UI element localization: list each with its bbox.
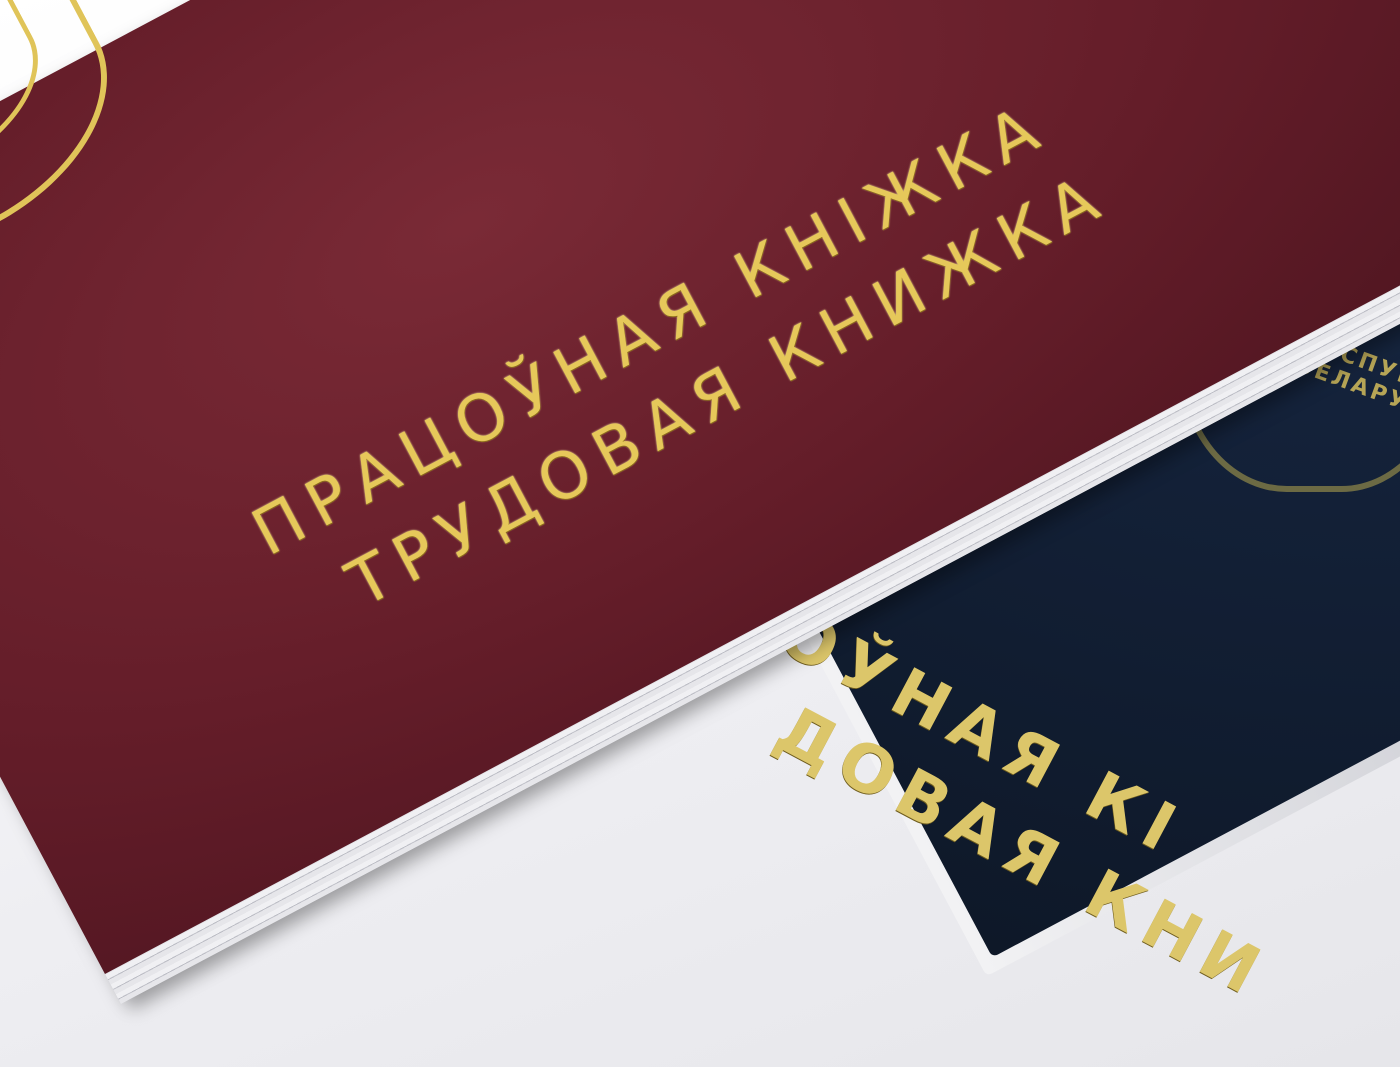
photo-scene: РЭСПУБЛІКА БЕЛАРУСЬ ЦОЎНАЯ КІ ДОВАЯ КНИ … [0,0,1400,1067]
red-book-emblem-icon [0,0,151,306]
red-book-title-belarusian: ПРАЦОЎНАЯ КНІЖКА [241,88,1061,571]
